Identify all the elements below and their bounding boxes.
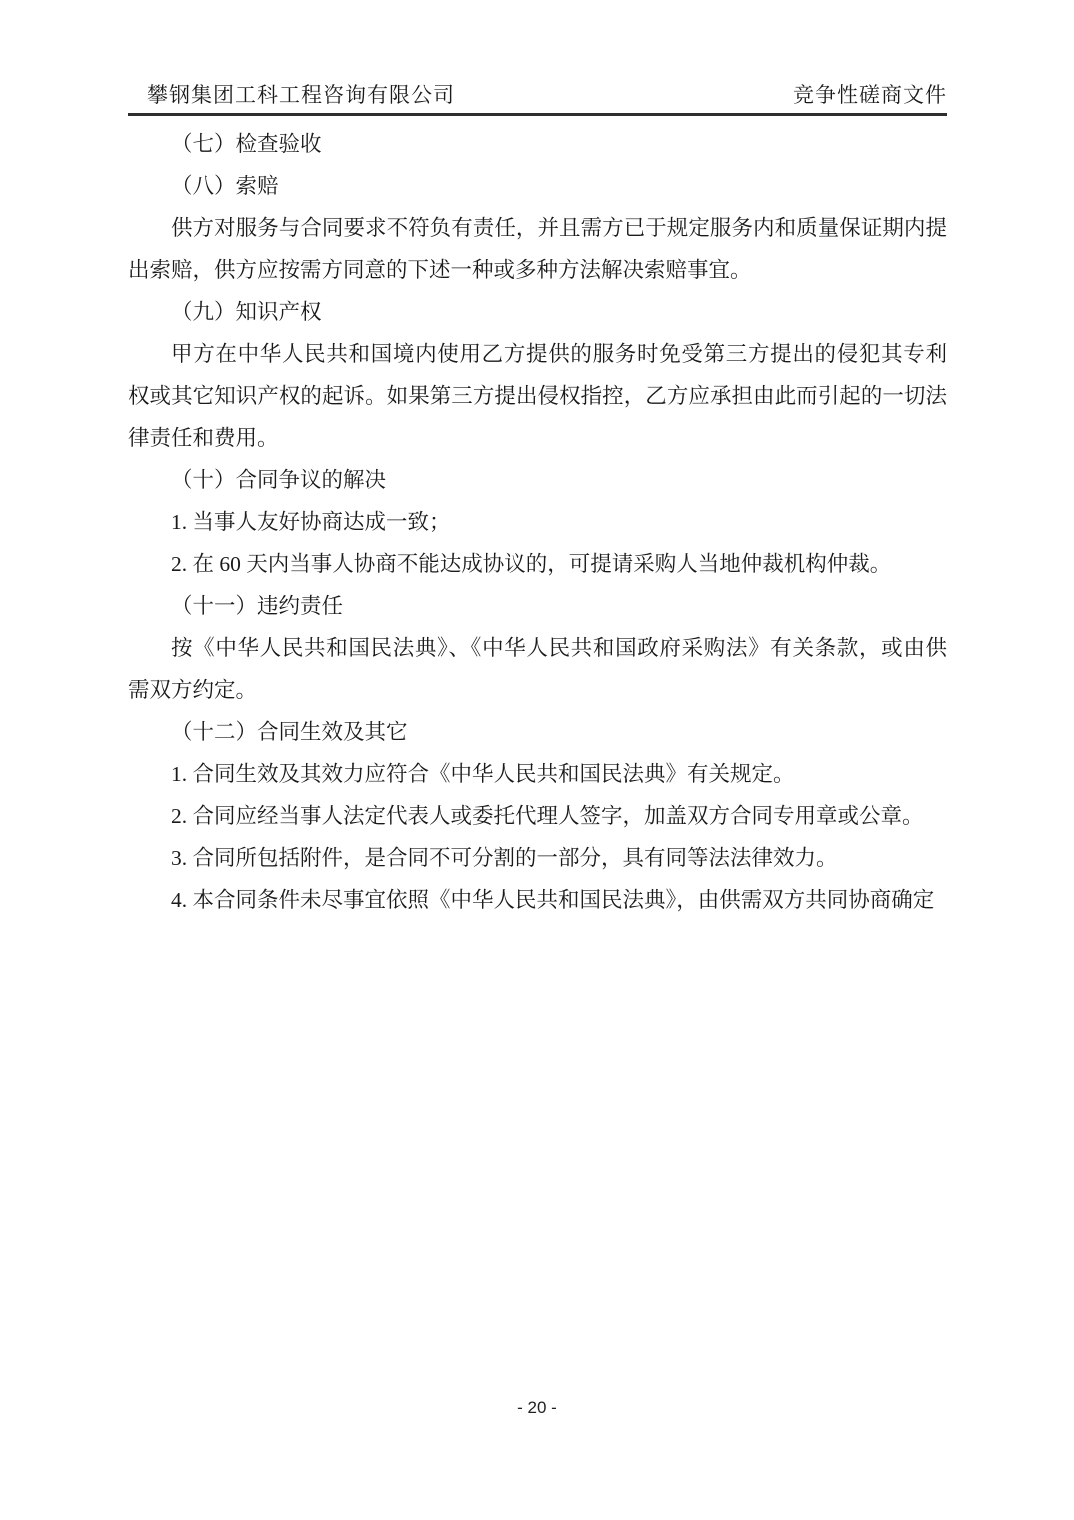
section-heading: （九）知识产权 — [128, 291, 947, 333]
header-company-name: 攀钢集团工科工程咨询有限公司 — [128, 84, 455, 107]
section-heading: （十一）违约责任 — [128, 585, 947, 627]
paragraph-line: 甲方在中华人民共和国境内使用乙方提供的服务时免受第三方提出的侵犯其专利 — [128, 333, 947, 375]
section-heading: （八）索赔 — [128, 165, 947, 207]
document-body: （七）检查验收 （八）索赔 供方对服务与合同要求不符负有责任，并且需方已于规定服… — [128, 123, 947, 921]
paragraph-line: 出索赔，供方应按需方同意的下述一种或多种方法解决索赔事宜。 — [128, 249, 947, 291]
section-heading: （十二）合同生效及其它 — [128, 711, 947, 753]
numbered-item: 1. 当事人友好协商达成一致； — [128, 501, 947, 543]
paragraph-line: 按《中华人民共和国民法典》、《中华人民共和国政府采购法》有关条款，或由供 — [128, 627, 947, 669]
paragraph-line: 权或其它知识产权的起诉。如果第三方提出侵权指控，乙方应承担由此而引起的一切法 — [128, 375, 947, 417]
document-page: 攀钢集团工科工程咨询有限公司 竞争性磋商文件 （七）检查验收 （八）索赔 供方对… — [0, 0, 1074, 1520]
numbered-item: 4. 本合同条件未尽事宜依照《中华人民共和国民法典》，由供需双方共同协商确定 — [128, 879, 947, 921]
header-document-type: 竞争性磋商文件 — [793, 84, 947, 107]
page-number: - 20 - — [0, 1398, 1074, 1418]
numbered-item: 2. 在 60 天内当事人协商不能达成协议的，可提请采购人当地仲裁机构仲裁。 — [128, 543, 947, 585]
paragraph-line: 需双方约定。 — [128, 669, 947, 711]
section-heading: （十）合同争议的解决 — [128, 459, 947, 501]
section-heading: （七）检查验收 — [128, 123, 947, 165]
page-header: 攀钢集团工科工程咨询有限公司 竞争性磋商文件 — [128, 84, 947, 107]
header-rule — [128, 113, 947, 116]
numbered-item: 1. 合同生效及其效力应符合《中华人民共和国民法典》有关规定。 — [128, 753, 947, 795]
paragraph-line: 供方对服务与合同要求不符负有责任，并且需方已于规定服务内和质量保证期内提 — [128, 207, 947, 249]
numbered-item: 3. 合同所包括附件，是合同不可分割的一部分，具有同等法法律效力。 — [128, 837, 947, 879]
paragraph-line: 律责任和费用。 — [128, 417, 947, 459]
numbered-item: 2. 合同应经当事人法定代表人或委托代理人签字，加盖双方合同专用章或公章。 — [128, 795, 947, 837]
